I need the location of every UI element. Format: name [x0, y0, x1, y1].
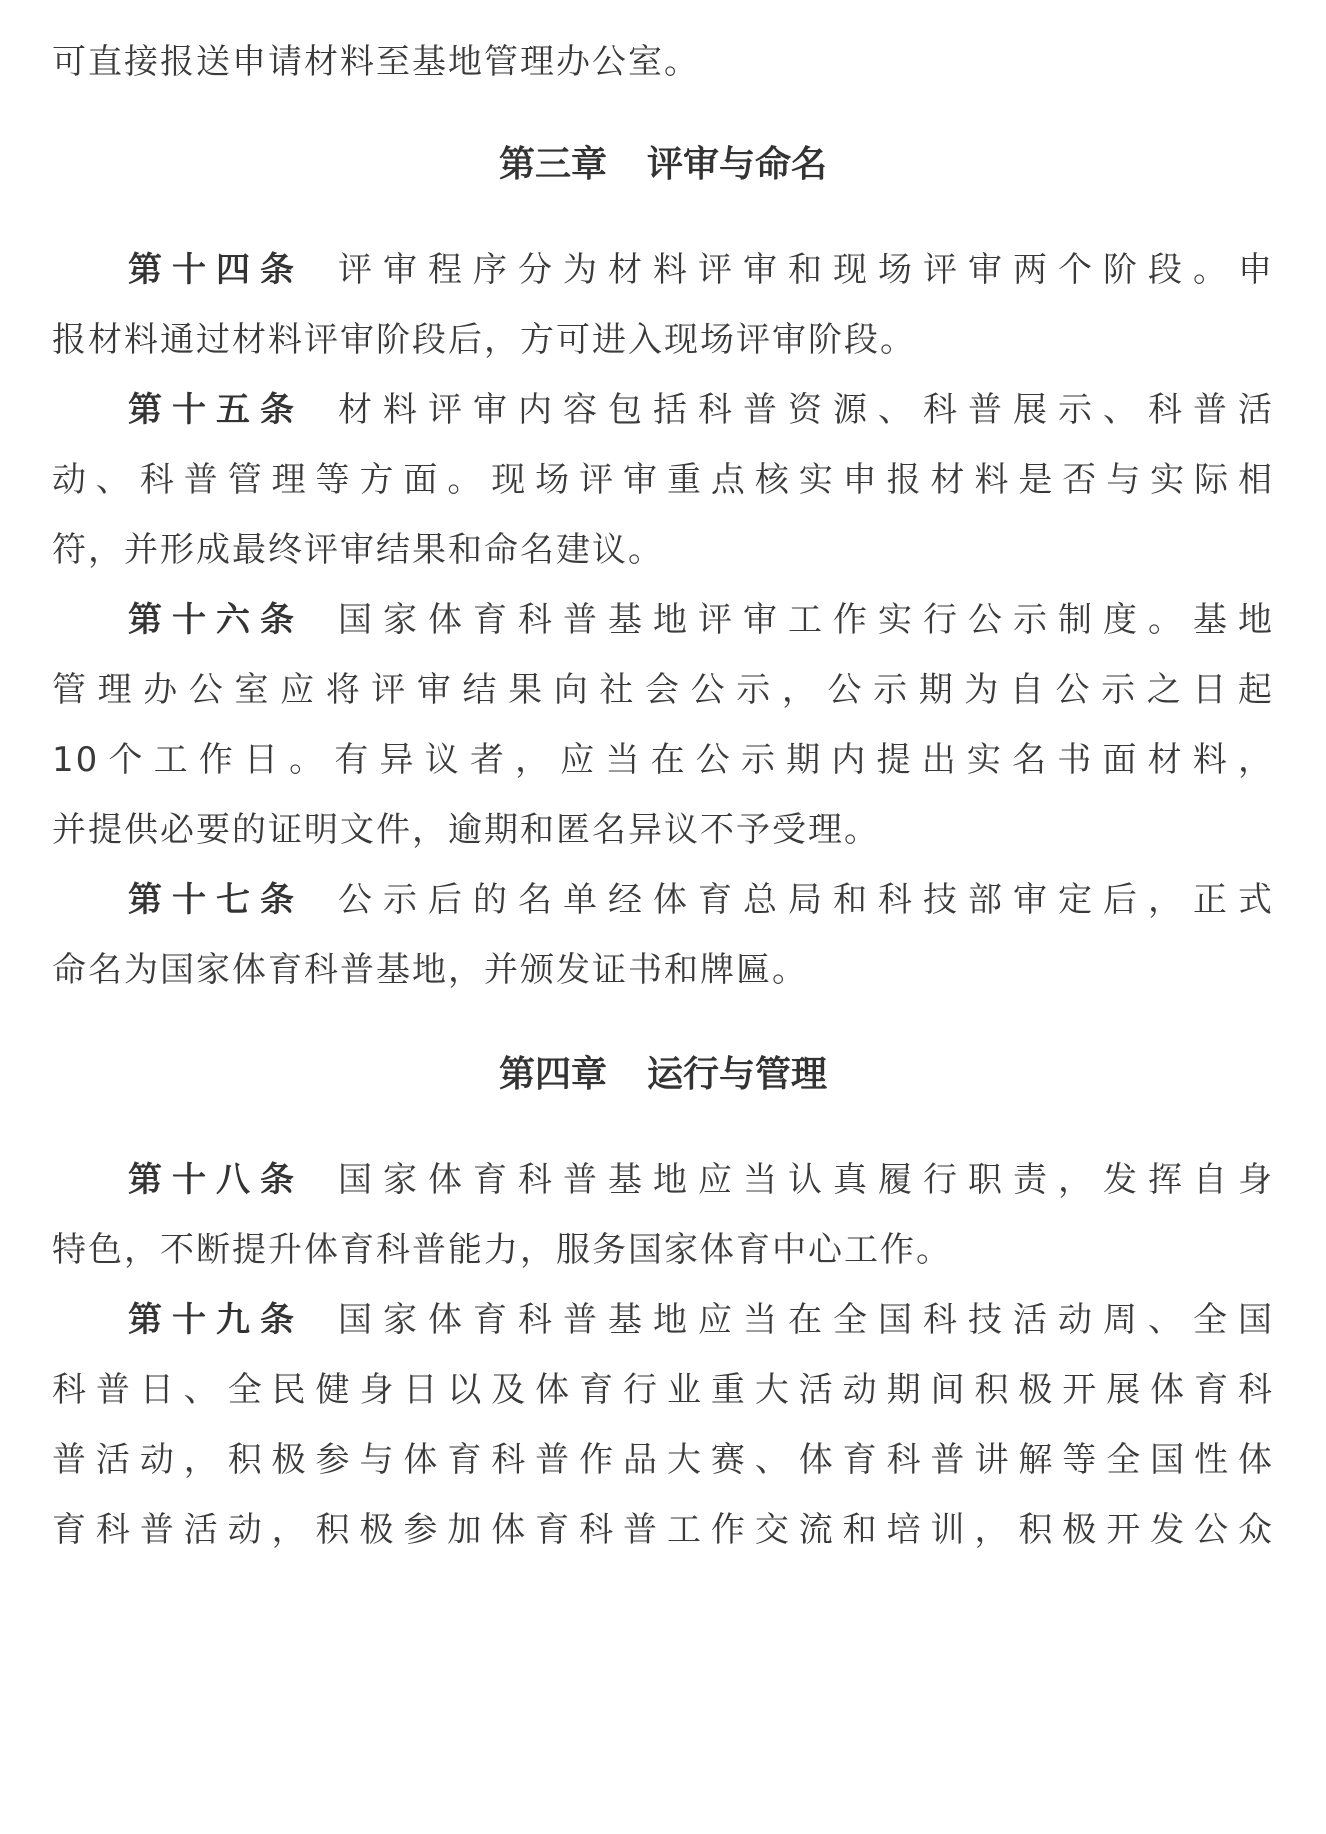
paragraph-line: 符，并形成最终评审结果和命名建议。	[52, 528, 1274, 572]
paragraph-line: 10个工作日。有异议者，应当在公示期内提出实名书面材料，	[52, 738, 1274, 782]
article-14-first-line: 第十四条评审程序分为材料评审和现场评审两个阶段。申	[128, 248, 1274, 292]
paragraph-line: 命名为国家体育科普基地，并颁发证书和牌匾。	[52, 948, 1274, 992]
paragraph-line: 并提供必要的证明文件，逾期和匿名异议不予受理。	[52, 808, 1274, 852]
article-number: 第十八条	[128, 1160, 304, 1200]
article-text: 材料评审内容包括科普资源、科普展示、科普活	[338, 390, 1274, 430]
article-number: 第十七条	[128, 880, 304, 920]
article-19-first-line: 第十九条国家体育科普基地应当在全国科技活动周、全国	[128, 1298, 1274, 1342]
paragraph-line: 普活动，积极参与体育科普作品大赛、体育科普讲解等全国性体	[52, 1438, 1274, 1482]
article-text: 评审程序分为材料评审和现场评审两个阶段。申	[338, 250, 1274, 290]
article-number: 第十五条	[128, 390, 304, 430]
paragraph-line: 可直接报送申请材料至基地管理办公室。	[52, 40, 1274, 84]
paragraph-line: 报材料通过材料评审阶段后，方可进入现场评审阶段。	[52, 318, 1274, 362]
article-text: 国家体育科普基地应当认真履行职责，发挥自身	[338, 1160, 1274, 1200]
article-text: 公示后的名单经体育总局和科技部审定后，正式	[338, 880, 1274, 920]
chapter-title: 运行与管理	[647, 1054, 827, 1095]
article-18-first-line: 第十八条国家体育科普基地应当认真履行职责，发挥自身	[128, 1158, 1274, 1202]
article-16-first-line: 第十六条国家体育科普基地评审工作实行公示制度。基地	[128, 598, 1274, 642]
article-number: 第十四条	[128, 250, 304, 290]
chapter-heading-3: 第三章评审与命名	[0, 142, 1326, 188]
article-text: 国家体育科普基地应当在全国科技活动周、全国	[338, 1300, 1274, 1340]
article-text: 国家体育科普基地评审工作实行公示制度。基地	[338, 600, 1274, 640]
chapter-heading-4: 第四章运行与管理	[0, 1052, 1326, 1098]
article-17-first-line: 第十七条公示后的名单经体育总局和科技部审定后，正式	[128, 878, 1274, 922]
chapter-number: 第三章	[499, 144, 607, 185]
chapter-title: 评审与命名	[647, 144, 827, 185]
article-number: 第十九条	[128, 1300, 304, 1340]
article-15-first-line: 第十五条材料评审内容包括科普资源、科普展示、科普活	[128, 388, 1274, 432]
paragraph-line: 动、科普管理等方面。现场评审重点核实申报材料是否与实际相	[52, 458, 1274, 502]
paragraph-line: 育科普活动，积极参加体育科普工作交流和培训，积极开发公众	[52, 1508, 1274, 1552]
paragraph-line: 科普日、全民健身日以及体育行业重大活动期间积极开展体育科	[52, 1368, 1274, 1412]
paragraph-line: 管理办公室应将评审结果向社会公示，公示期为自公示之日起	[52, 668, 1274, 712]
paragraph-line: 特色，不断提升体育科普能力，服务国家体育中心工作。	[52, 1228, 1274, 1272]
chapter-number: 第四章	[499, 1054, 607, 1095]
article-number: 第十六条	[128, 600, 304, 640]
